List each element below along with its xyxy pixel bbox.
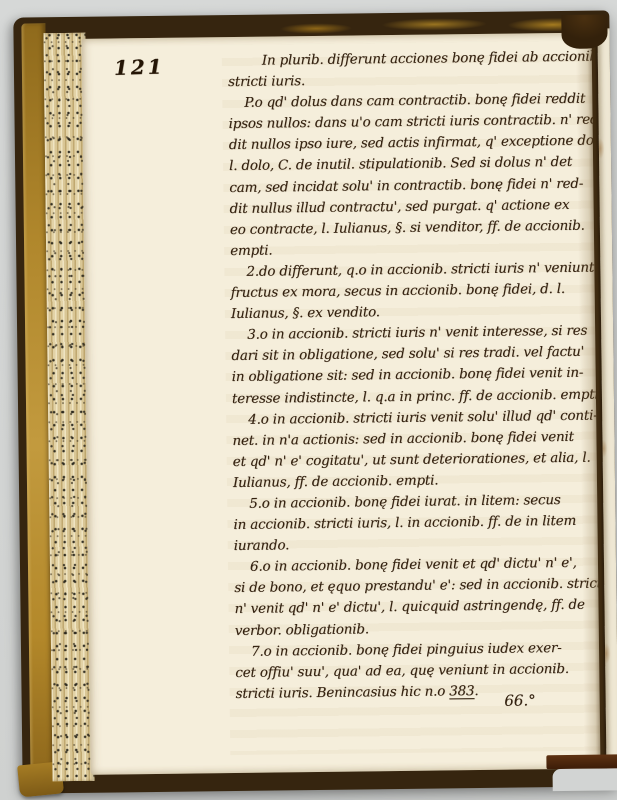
manuscript-line: n' venit qd' n' e' dictu', l. quicquid a… — [234, 595, 594, 620]
cover-turn-in-top-right — [561, 14, 607, 49]
manuscript-line: cet offiu' suu', qua' ad ea, quę veniunt… — [235, 658, 595, 683]
background-notch — [553, 768, 617, 791]
cover-top-edge — [253, 12, 601, 34]
manuscript-line: In plurib. differunt acciones bonę fidei… — [228, 47, 588, 72]
cover-bottom-right-edge — [546, 754, 617, 769]
catchword: 66.° — [504, 691, 536, 709]
manuscript-page: 121 In plurib. differunt acciones bonę f… — [82, 33, 601, 775]
folio-number: 121 — [114, 54, 165, 79]
book: 121 In plurib. differunt acciones bonę f… — [13, 10, 617, 793]
scanned-book-photo: 121 In plurib. differunt acciones bonę f… — [0, 0, 617, 800]
manuscript-line: eo contracte, l. Iulianus, §. si vendito… — [230, 215, 590, 240]
manuscript-lines: In plurib. differunt acciones bonę fidei… — [228, 47, 596, 705]
manuscript-line: stricti iuris. Benincasius hic n.o 383. — [235, 679, 595, 704]
manuscript-line: et qd' n' e' cogitatu', ut sunt deterior… — [233, 447, 593, 472]
